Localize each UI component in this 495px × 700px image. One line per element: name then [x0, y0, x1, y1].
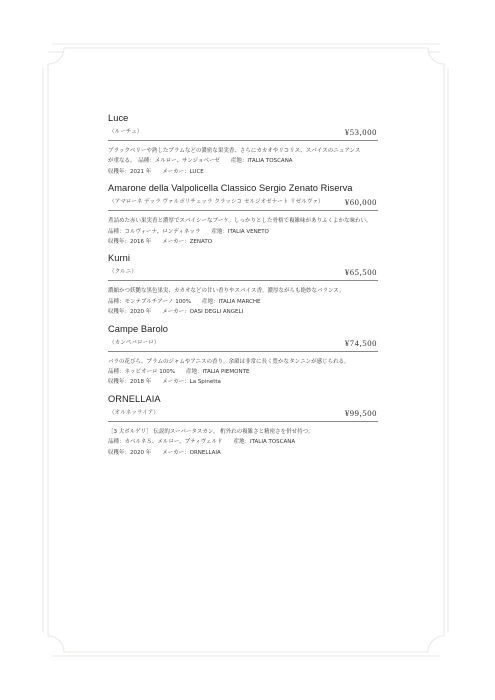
- divider: [108, 280, 378, 281]
- description-line: 収穫年：2018 年 メーカー：La Spinetta: [108, 377, 378, 387]
- divider: [108, 140, 378, 141]
- description-line: 品種：カベルネＳ、メルロー、プティヴェルド 産地：ITALIA TOSCANA: [108, 437, 378, 447]
- description-line: 収穫年：2021 年 メーカー：LUCE: [108, 167, 378, 177]
- description-line: ［3 大ボルゲリ］ 伝説的スーパータスカン。 桁外れの複雑さと精密さを併せ持つ。: [108, 427, 378, 437]
- wine-description: ［3 大ボルゲリ］ 伝説的スーパータスカン。 桁外れの複雑さと精密さを併せ持つ。…: [108, 427, 378, 458]
- description-line: 収穫年：2016 年 メーカー：ZENATO: [108, 237, 378, 247]
- wine-kana: （カンペバローロ）: [108, 339, 159, 348]
- description-line: 品種：コルヴィーナ、ロンディネッラ 産地：ITALIA VENETO: [108, 227, 378, 237]
- wine-kana: （ルーチェ）: [108, 128, 142, 137]
- wine-name: Luce: [108, 113, 378, 124]
- wine-item-ornellaia: ORNELLAIA （オルネッライア） ¥99,500 ［3 大ボルゲリ］ 伝説…: [108, 394, 378, 458]
- description-line: が重なる。 品種：メルロー、サンジョベーゼ 産地：ITALIA TOSCANA: [108, 156, 378, 166]
- description-line: 品種：ネッビオーロ 100% 産地：ITALIA PIEMONTE: [108, 367, 378, 377]
- wine-kana: （クルニ）: [108, 268, 137, 277]
- description-line: 濃縮かつ妖艶な黒色果実、カカオなどの甘い香りやスパイス香。濃厚ながらも絶妙なバラ…: [108, 286, 378, 296]
- wine-item-amarone: Amarone della Valpolicella Classico Serg…: [108, 183, 378, 247]
- wine-item-luce: Luce （ルーチェ） ¥53,000 ブラックベリーや熟したプラムなどの濃密な…: [108, 113, 378, 177]
- wine-name: Amarone della Valpolicella Classico Serg…: [108, 183, 378, 194]
- wine-name: Campe Barolo: [108, 324, 378, 335]
- wine-price: ¥99,500: [345, 408, 378, 418]
- wine-kana: （アマローネ デッラ ヴァルポリチェッラ クラッシコ セルジオゼナート リゼルヴ…: [108, 198, 324, 207]
- wine-price: ¥65,500: [345, 267, 378, 277]
- wine-description: ブラックベリーや熟したプラムなどの濃密な果実香、さらにカカオやリコリス、スパイス…: [108, 146, 378, 177]
- wine-item-campe-barolo: Campe Barolo （カンペバローロ） ¥74,500 バラの花びら、プラ…: [108, 324, 378, 388]
- description-line: 品種：モンテプルチアーノ 100% 産地：ITALIA MARCHE: [108, 297, 378, 307]
- description-line: 収穫年：2020 年 メーカー：OASI DEGLI ANGELI: [108, 307, 378, 317]
- wine-description: 濃縮かつ妖艶な黒色果実、カカオなどの甘い香りやスパイス香。濃厚ながらも絶妙なバラ…: [108, 286, 378, 317]
- wine-kana: （オルネッライア）: [108, 409, 159, 418]
- divider: [108, 351, 378, 352]
- wine-name: ORNELLAIA: [108, 394, 378, 405]
- wine-price: ¥53,000: [345, 127, 378, 137]
- wine-menu: Luce （ルーチェ） ¥53,000 ブラックベリーや熟したプラムなどの濃密な…: [108, 113, 378, 464]
- description-line: 収穫年：2020 年 メーカー：ORNELLAIA: [108, 448, 378, 458]
- wine-item-kurni: Kurni （クルニ） ¥65,500 濃縮かつ妖艶な黒色果実、カカオなどの甘い…: [108, 253, 378, 317]
- wine-price: ¥60,000: [345, 197, 378, 207]
- description-line: 煮詰めた赤い果実香と濃厚でスパイシーなブーケ。しっかりとした骨格で複雑味がありふ…: [108, 216, 378, 226]
- wine-description: 煮詰めた赤い果実香と濃厚でスパイシーなブーケ。しっかりとした骨格で複雑味がありふ…: [108, 216, 378, 247]
- description-line: バラの花びら、プラムのジャムやアニスの香り。余韻は非常に長く豊かなタンニンが感じ…: [108, 357, 378, 367]
- description-line: ブラックベリーや熟したプラムなどの濃密な果実香、さらにカカオやリコリス、スパイス…: [108, 146, 378, 156]
- divider: [108, 421, 378, 422]
- wine-price: ¥74,500: [345, 338, 378, 348]
- wine-description: バラの花びら、プラムのジャムやアニスの香り。余韻は非常に長く豊かなタンニンが感じ…: [108, 357, 378, 388]
- wine-name: Kurni: [108, 253, 378, 264]
- divider: [108, 210, 378, 211]
